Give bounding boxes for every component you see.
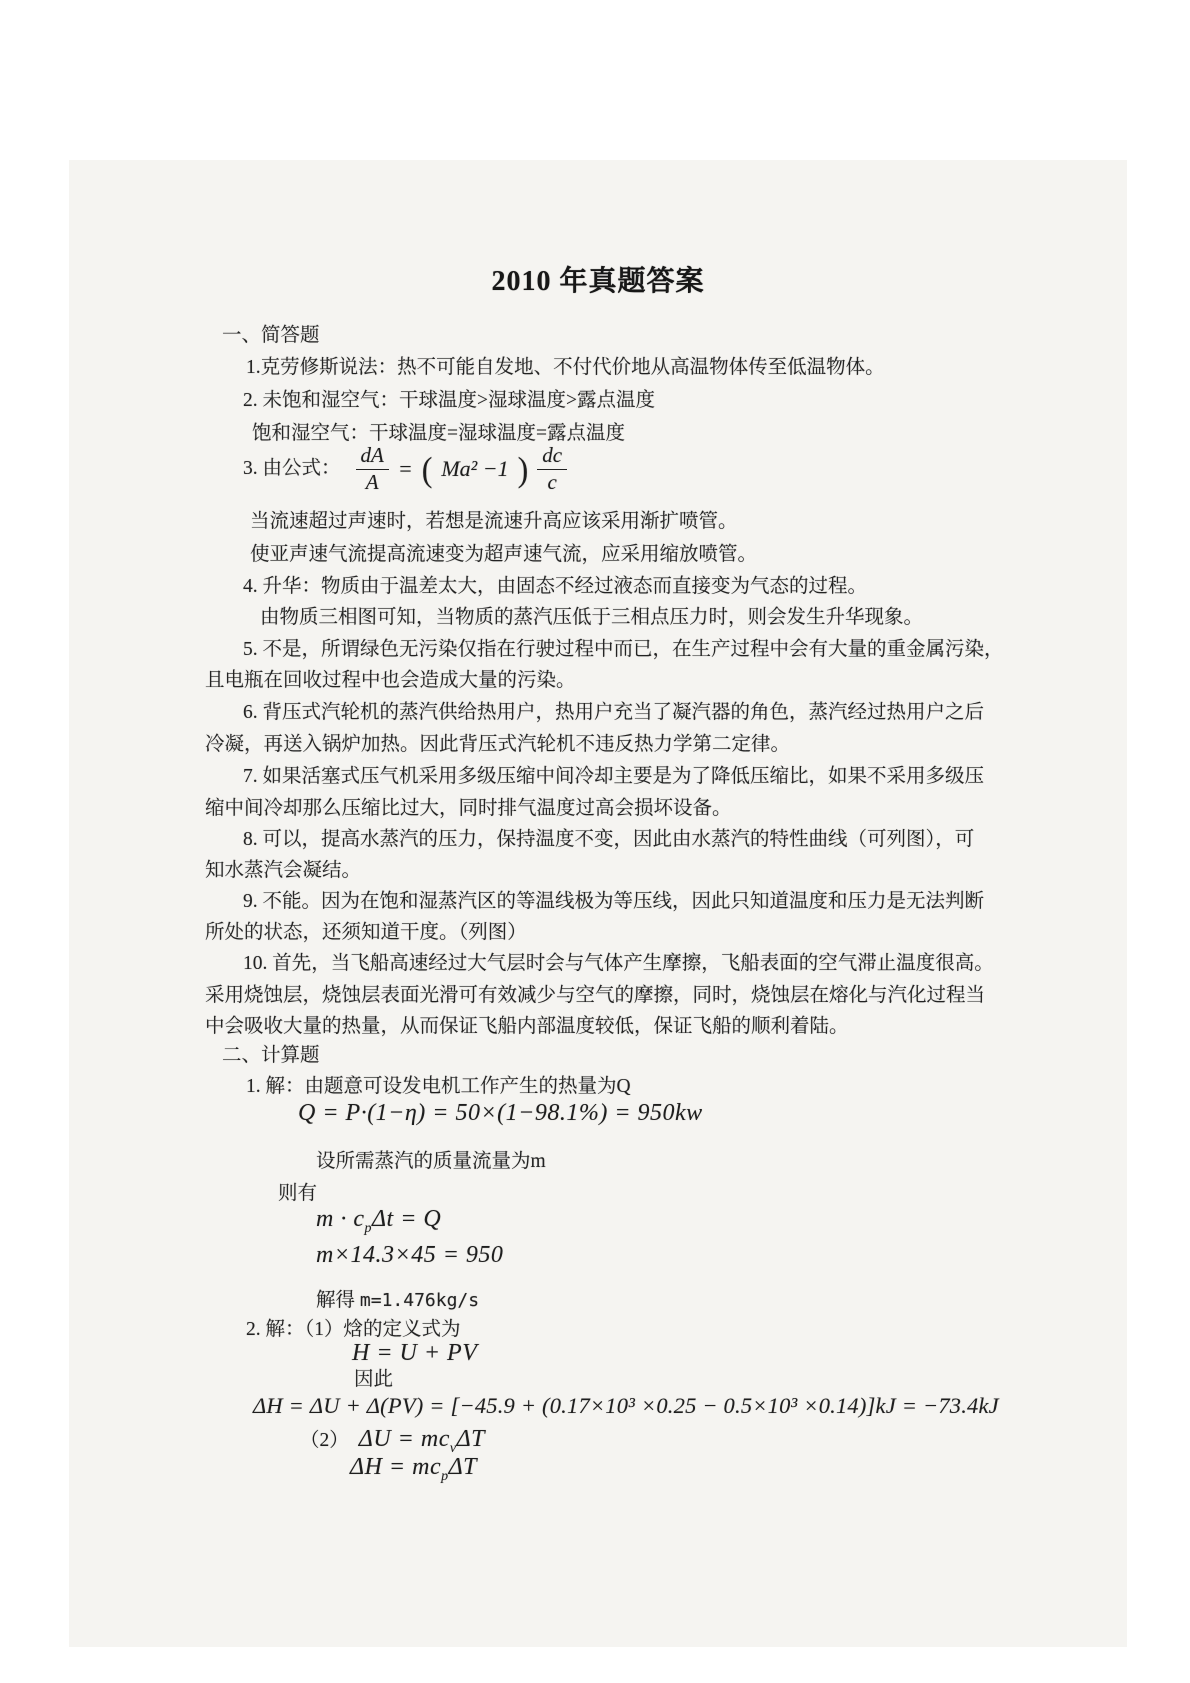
result-value: m=1.476kg/s (360, 1290, 479, 1311)
formula-text: ΔT (449, 1454, 477, 1480)
calc-2-formula-2: ΔH = ΔU + Δ(PV) = [−45.9 + (0.17×10³ ×0.… (253, 1393, 999, 1419)
answer-8-line-1: 8. 可以，提高水蒸汽的压力，保持温度不变，因此由水蒸汽的特性曲线（可列图），可 (243, 828, 974, 851)
calc-1-formula-1: Q = P·(1−η) = 50×(1−98.1%) = 950kw (298, 1100, 703, 1127)
fraction-denominator: c (548, 470, 557, 495)
left-paren: ( (422, 448, 433, 489)
part-2-label: （2） (300, 1430, 349, 1451)
section-1-heading: 一、简答题 (222, 324, 320, 347)
calc-1-text-2: 设所需蒸汽的质量流量为m (316, 1150, 546, 1173)
answer-6-line-1: 6. 背压式汽轮机的蒸汽供给热用户，热用户充当了凝汽器的角色，蒸汽经过热用户之后 (243, 701, 984, 724)
answer-9-line-2: 所处的状态，还须知道干度。（列图） (205, 921, 527, 944)
fraction-dA-over-A: dA A (356, 444, 389, 494)
answer-1: 1.克劳修斯说法：热不可能自发地、不付代价地从高温物体传至低温物体。 (246, 356, 885, 379)
equals-sign: = (398, 456, 413, 482)
document-page: 2010 年真题答案 一、简答题 1.克劳修斯说法：热不可能自发地、不付代价地从… (69, 160, 1127, 1647)
subscript-p: p (441, 1469, 448, 1484)
fraction-numerator: dA (356, 444, 389, 470)
fraction-denominator: A (366, 470, 379, 495)
answer-8-line-2: 知水蒸汽会凝结。 (205, 859, 361, 882)
calc-1-formula-2: m · cpΔt = Q (316, 1206, 441, 1233)
calc-2-part-2-line: （2）ΔU = mcvΔT (300, 1424, 485, 1453)
answer-4-line-1: 4. 升华：物质由于温差太大，由固态不经过液态而直接变为气态的过程。 (243, 575, 867, 598)
section-2-heading: 二、计算题 (222, 1044, 320, 1067)
answer-9-line-1: 9. 不能。因为在饱和湿蒸汽区的等温线极为等压线，因此只知道温度和压力是无法判断 (243, 890, 984, 913)
formula-text: Δt = Q (372, 1206, 441, 1232)
calc-1-result: 解得 m=1.476kg/s (316, 1289, 479, 1312)
answer-4-line-2: 由物质三相图可知，当物质的蒸汽压低于三相点压力时，则会发生升华现象。 (260, 606, 923, 629)
answer-3-label: 3. 由公式： (243, 457, 341, 480)
formula-body: Ma² −1 (441, 456, 508, 482)
answer-7-line-1: 7. 如果活塞式压气机采用多级压缩中间冷却主要是为了降低压缩比，如果不采用多级压 (243, 765, 984, 788)
calc-1-formula-3: m×14.3×45 = 950 (316, 1242, 503, 1269)
fraction-dc-over-c: dc c (537, 444, 567, 494)
answer-10-line-1: 10. 首先，当飞船高速经过大气层时会与气体产生摩擦，飞船表面的空气滞止温度很高… (243, 952, 994, 975)
calc-2-formula-1: H = U + PV (352, 1340, 477, 1367)
calc-1-text-3: 则有 (278, 1182, 317, 1205)
right-paren: ) (518, 448, 529, 489)
answer-6-line-2: 冷凝，再送入锅炉加热。因此背压式汽轮机不违反热力学第二定律。 (205, 733, 790, 756)
screenshot-root: { "doc": { "title": "2010 年真题答案", "s1": … (0, 0, 1190, 1683)
document-title: 2010 年真题答案 (69, 259, 1127, 299)
answer-10-line-3: 中会吸收大量的热量，从而保证飞船内部温度较低，保证飞船的顺利着陆。 (205, 1015, 849, 1038)
formula-text: ΔT (457, 1426, 485, 1452)
result-label: 解得 (316, 1290, 360, 1311)
calc-2-intro: 2. 解：（1）焓的定义式为 (246, 1318, 461, 1341)
answer-5-line-2: 且电瓶在回收过程中也会造成大量的污染。 (205, 669, 576, 692)
answer-10-line-2: 采用烧蚀层，烧蚀层表面光滑可有效减少与空气的摩擦，同时，烧蚀层在熔化与汽化过程当 (205, 984, 985, 1007)
answer-3-formula-line: 3. 由公式： dA A = ( Ma² −1 ) dc c (243, 437, 567, 501)
formula-text: ΔU = mc (359, 1426, 450, 1452)
calc-1-intro: 1. 解：由题意可设发电机工作产生的热量为Q (246, 1075, 631, 1098)
answer-3-note-2: 使亚声速气流提高流速变为超声速气流，应采用缩放喷管。 (250, 543, 757, 566)
answer-5-line-1: 5. 不是，所谓绿色无污染仅指在行驶过程中而已，在生产过程中会有大量的重金属污染… (243, 638, 1004, 661)
formula-text: ΔH = mc (350, 1454, 441, 1480)
answer-2-line-1: 2. 未饱和湿空气：干球温度>湿球温度>露点温度 (243, 389, 655, 412)
answer-7-line-2: 缩中间冷却那么压缩比过大，同时排气温度过高会损坏设备。 (205, 797, 732, 820)
formula-text: m · c (316, 1206, 364, 1232)
subscript-p: p (364, 1221, 371, 1236)
calc-2-text-1: 因此 (354, 1368, 393, 1391)
calc-2-formula-4: ΔH = mcpΔT (350, 1454, 477, 1481)
answer-3-note-1: 当流速超过声速时，若想是流速升高应该采用渐扩喷管。 (250, 510, 738, 533)
fraction-numerator: dc (537, 444, 567, 470)
